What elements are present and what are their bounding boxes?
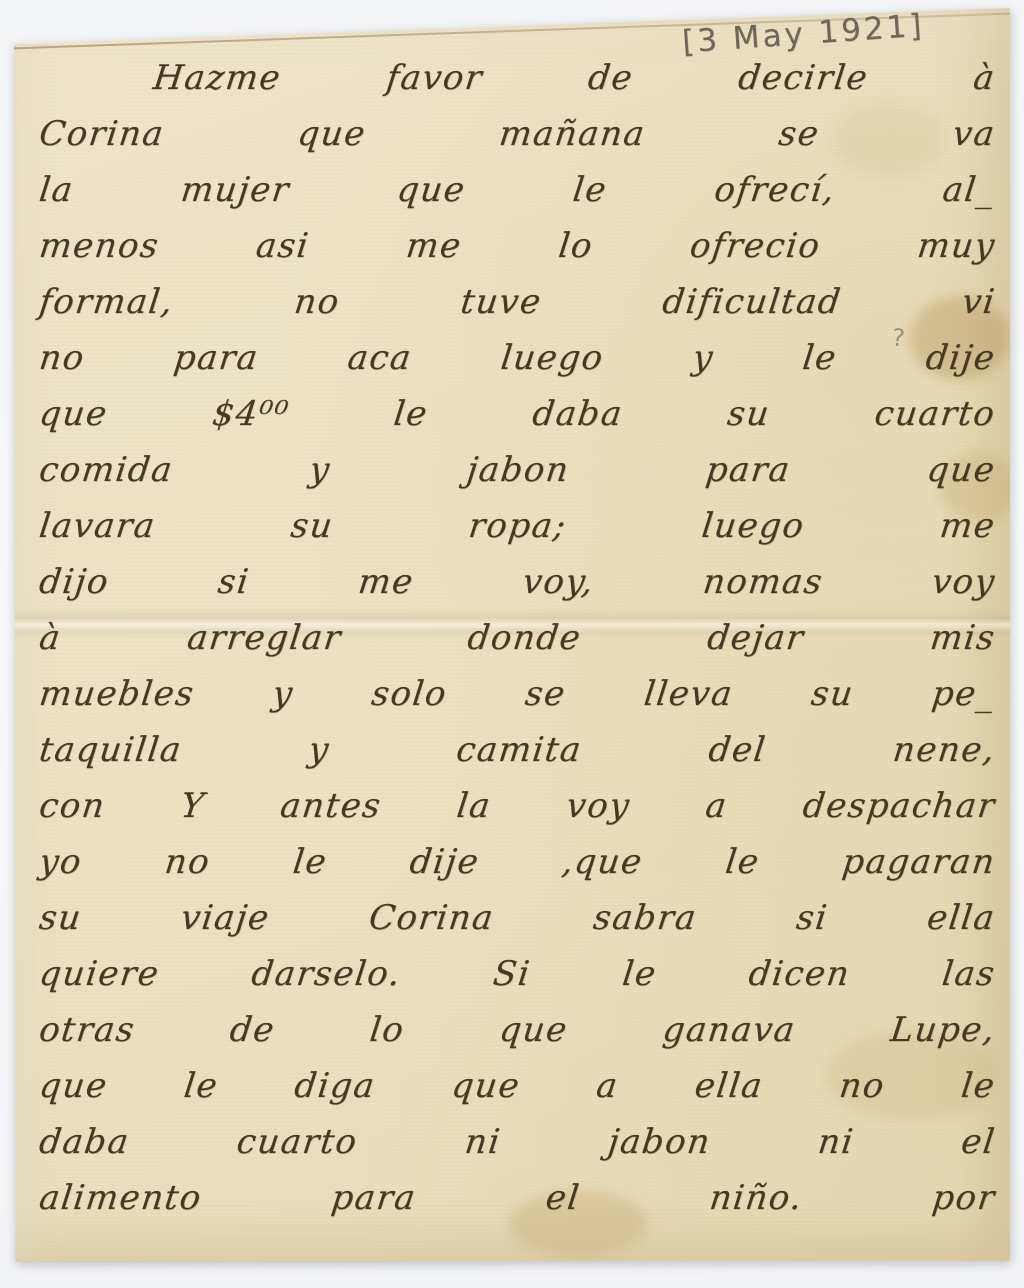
speck: [7, 98, 11, 103]
letter-line: menos asi me lo ofrecio muy: [36, 218, 999, 274]
letter-line: que $4⁰⁰ le daba su cuarto: [36, 386, 999, 442]
letter-page-wrapper: [3 May 1921] ? Hazme favor de decirle à …: [0, 0, 1024, 1288]
letter-line: Corina que mañana se va: [36, 106, 999, 162]
letter-line: alimento para el niño. por: [36, 1170, 999, 1226]
letter-line: à arreglar donde dejar mis: [36, 610, 999, 666]
letter-line: que le diga que a ella no le: [36, 1058, 999, 1114]
letter-line: otras de lo que ganava Lupe,: [36, 1002, 999, 1058]
letter-line: quiere darselo. Si le dicen las: [36, 946, 999, 1002]
letter-line: taquilla y camita del nene,: [36, 722, 999, 778]
letter-line: Hazme favor de decirle à: [36, 50, 999, 106]
speck: [5, 215, 8, 219]
letter-line: muebles y solo se lleva su pe_: [36, 666, 999, 722]
letter-line: comida y jabon para que: [36, 442, 999, 498]
letter-line: dijo si me voy, nomas voy: [36, 554, 999, 610]
letter-line: yo no le dije ,que le pagaran: [36, 834, 999, 890]
letter-line: no para aca luego y le dije: [36, 330, 999, 386]
letter-line: con Y antes la voy a despachar: [36, 778, 999, 834]
letter-body: Hazme favor de decirle à Corina que maña…: [36, 50, 992, 1226]
letter-line: lavara su ropa; luego me: [36, 498, 999, 554]
letter-line: daba cuarto ni jabon ni el: [36, 1114, 999, 1170]
letter-line: la mujer que le ofrecí, al_: [36, 162, 999, 218]
letter-line: formal, no tuve dificultad vi: [36, 274, 999, 330]
letter-page: [3 May 1921] ? Hazme favor de decirle à …: [14, 8, 1010, 1262]
letter-line: su viaje Corina sabra si ella: [36, 890, 999, 946]
